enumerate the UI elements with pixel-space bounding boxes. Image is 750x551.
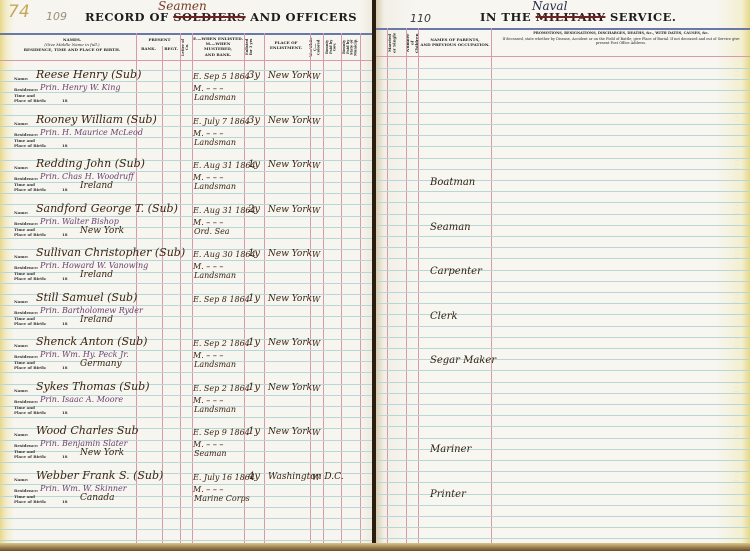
name-label: Name: [14, 478, 29, 482]
record-enlistment-place: New York [268, 249, 312, 259]
year-prefix-label: 18 [62, 233, 68, 237]
residence-label: Residence: [14, 311, 38, 315]
record-term: 2y [248, 204, 260, 215]
record-mustered: M. – – – [193, 84, 223, 93]
record-birthplace: Ireland [80, 270, 113, 280]
record-enlistment-place: New York [268, 427, 312, 437]
faint-margin-notation: ···· ····· [688, 115, 738, 128]
header-letter-co: Letter of Co. [182, 36, 190, 58]
record-enlisted-date: E. Sep 9 1864 [193, 428, 250, 437]
header-present: PRESENT RANK.REGT. [137, 37, 182, 51]
year-prefix-label: 18 [62, 500, 68, 504]
record-enlistment-place: New York [268, 294, 312, 304]
header-enlisted: E.—WHEN ENLISTED. M.—WHEN MUSTERED, AND … [192, 36, 244, 57]
record-row: Name:Sullivan Christopher (Sub)Residence… [0, 244, 374, 289]
birth-label: Place of Birth: [14, 233, 47, 237]
record-rank: Landsman [194, 182, 236, 191]
header-enlisted-for: Enlisted for 3 yrs [246, 36, 256, 58]
record-enlisted-date: E. Aug 31 1864 [193, 206, 256, 215]
record-enlisted-date: E. Aug 30 1864 [193, 250, 256, 259]
record-rank: Landsman [194, 138, 236, 147]
record-residence: Prin. Howard W. Vanowing [40, 261, 148, 270]
record-term: 1y [248, 248, 260, 259]
record-residence: Prin. Wm. Hy. Peck Jr. [40, 350, 129, 359]
record-row: Name:Reese Henry (Sub)Residence:Prin. He… [0, 66, 374, 111]
residence-label: Residence: [14, 400, 38, 404]
record-row: Name:Webber Frank S. (Sub)Residence:Prin… [0, 467, 374, 512]
record-birthplace: Canada [80, 493, 115, 503]
record-mustered: M. – – – [193, 351, 223, 360]
name-label: Name: [14, 300, 29, 304]
record-birthplace: New York [80, 226, 124, 236]
faint-margin-notation: ···· ····· [688, 204, 738, 217]
record-term: 1y [248, 426, 260, 437]
header-names: NAMES. (Give Middle Name in full.) RESID… [12, 37, 132, 53]
record-residence: Prin. H. Maurice McLeod [40, 128, 143, 137]
record-race: W [312, 473, 320, 482]
record-race: W [312, 339, 320, 348]
page-number-right: 110 [410, 12, 431, 25]
record-mustered: M. – – – [193, 485, 223, 494]
record-residence: Prin. Chas H. Woodruff [40, 172, 134, 181]
record-residence: Prin. Benjamin Slater [40, 439, 127, 448]
name-label: Name: [14, 211, 29, 215]
residence-label: Residence: [14, 355, 38, 359]
year-prefix-label: 18 [62, 411, 68, 415]
title-insert-naval: Naval [532, 0, 567, 13]
record-birthplace: Germany [80, 359, 122, 369]
record-name: Sandford George T. (Sub) [36, 202, 178, 215]
record-row: Name:Redding John (Sub)Residence:Prin. C… [0, 155, 374, 200]
record-enlisted-date: E. Sep 5 1864 [193, 72, 250, 81]
record-term: 1y [248, 293, 260, 304]
record-enlistment-place: New York [268, 71, 312, 81]
parent-occupation: Seaman [430, 222, 471, 233]
record-residence: Prin. Isaac A. Moore [40, 395, 123, 404]
record-race: W [312, 384, 320, 393]
birth-label: Place of Birth: [14, 366, 47, 370]
record-enlisted-date: E. Sep 8 1864 [193, 295, 250, 304]
record-enlisted-date: E. Sep 2 1864 [193, 384, 250, 393]
faint-margin-notation: ···· ····· [688, 426, 738, 439]
residence-label: Residence: [14, 444, 38, 448]
record-name: Redding John (Sub) [36, 157, 145, 170]
birth-label: Place of Birth: [14, 188, 47, 192]
residence-label: Residence: [14, 266, 38, 270]
record-mustered: M. – – – [193, 218, 223, 227]
faint-margin-notation: ···· ····· [688, 159, 738, 172]
record-term: 1y [248, 382, 260, 393]
record-mustered: M. – – – [193, 440, 223, 449]
faint-margin-notation: ···· ····· [688, 382, 738, 395]
record-enlisted-date: E. July 16 1864 [193, 473, 255, 482]
faint-margin-notation: ···· ····· [688, 293, 738, 306]
name-label: Name: [14, 122, 29, 126]
parent-occupation: Clerk [430, 311, 458, 322]
header-bounty-gov: Bounty Paid by Gov. [326, 36, 334, 58]
record-name: Shenck Anton (Sub) [36, 335, 147, 348]
record-name: Webber Frank S. (Sub) [36, 469, 163, 482]
parent-occupation: Boatman [430, 177, 475, 188]
record-residence: Prin. Wm. W. Skinner [40, 484, 127, 493]
residence-label: Residence: [14, 489, 38, 493]
record-rank: Ord. Sea [194, 227, 230, 236]
record-name: Wood Charles Sub [36, 424, 139, 437]
parent-occupation: Mariner [430, 444, 471, 455]
page-number-left: 109 [46, 10, 67, 23]
header-parents: NAMES OF PARENTS, AND PREVIOUS OCCUPATIO… [420, 37, 490, 47]
record-row: Name:Shenck Anton (Sub)Residence:Prin. W… [0, 333, 374, 378]
record-term: 1y [248, 159, 260, 170]
title-insert-seamen: Seamen [158, 0, 207, 13]
name-label: Name: [14, 344, 29, 348]
record-residence: Prin. Bartholomew Ryder [40, 306, 143, 315]
name-label: Name: [14, 77, 29, 81]
record-mustered: M. – – – [193, 173, 223, 182]
parent-occupation: Printer [430, 489, 466, 500]
record-enlistment-place: New York [268, 160, 312, 170]
birth-label: Place of Birth: [14, 455, 47, 459]
record-enlistment-place: New York [268, 383, 312, 393]
record-enlisted-date: E. July 7 1864 [193, 117, 250, 126]
record-birthplace: Ireland [80, 181, 113, 191]
name-label: Name: [14, 166, 29, 170]
left-page-title: RECORD OF SOLDIERS AND OFFICERS [85, 10, 357, 24]
record-enlistment-place: New York [268, 116, 312, 126]
record-residence: Prin. Walter Bishop [40, 217, 119, 226]
header-race: W.—White C.—Colored [310, 36, 318, 58]
record-race: W [312, 72, 320, 81]
record-name: Reese Henry (Sub) [36, 68, 141, 81]
year-prefix-label: 18 [62, 366, 68, 370]
year-prefix-label: 18 [62, 277, 68, 281]
record-row: Name:Sykes Thomas (Sub)Residence:Prin. I… [0, 378, 374, 423]
year-prefix-label: 18 [62, 188, 68, 192]
birth-label: Place of Birth: [14, 144, 47, 148]
year-prefix-label: 18 [62, 144, 68, 148]
record-race: W [312, 428, 320, 437]
record-rank: Landsman [194, 271, 236, 280]
record-mustered: M. – – – [193, 129, 223, 138]
record-enlistment-place: New York [268, 338, 312, 348]
record-name: Rooney William (Sub) [36, 113, 157, 126]
birth-label: Place of Birth: [14, 277, 47, 281]
header-married: Married or Single [388, 32, 398, 54]
record-residence: Prin. Henry W. King [40, 83, 120, 92]
book-bottom-edge [0, 543, 750, 551]
record-race: W [312, 117, 320, 126]
year-prefix-label: 18 [62, 455, 68, 459]
birth-label: Place of Birth: [14, 411, 47, 415]
record-term: 4y [248, 471, 260, 482]
record-rank: Seaman [194, 449, 227, 458]
faint-margin-notation: ···· ····· [688, 471, 738, 484]
record-race: W [312, 161, 320, 170]
record-name: Still Samuel (Sub) [36, 291, 137, 304]
residence-label: Residence: [14, 133, 38, 137]
residence-label: Residence: [14, 177, 38, 181]
record-race: W [312, 295, 320, 304]
name-label: Name: [14, 255, 29, 259]
record-enlisted-date: E. Aug 31 1864 [193, 161, 256, 170]
record-mustered: M. – – – [193, 262, 223, 271]
record-rank: Landsman [194, 93, 236, 102]
record-term: 3y [248, 115, 260, 126]
record-mustered: M. – – – [193, 396, 223, 405]
record-row: Name:Still Samuel (Sub)Residence:Prin. B… [0, 289, 374, 334]
name-label: Name: [14, 389, 29, 393]
record-name: Sykes Thomas (Sub) [36, 380, 150, 393]
birth-label: Place of Birth: [14, 500, 47, 504]
record-rank: Landsman [194, 405, 236, 414]
record-birthplace: New York [80, 448, 124, 458]
faint-margin-notation: ···· ····· [688, 70, 738, 83]
parent-occupation: Carpenter [430, 266, 482, 277]
record-rank: Landsman [194, 360, 236, 369]
record-term: 1y [248, 337, 260, 348]
birth-label: Place of Birth: [14, 99, 47, 103]
faint-margin-notation: ···· ····· [688, 337, 738, 350]
parent-occupation: Segar Maker [430, 355, 496, 366]
record-row: Name:Wood Charles SubResidence:Prin. Ben… [0, 422, 374, 467]
header-children: Number of Children [406, 32, 414, 54]
record-row: Name:Rooney William (Sub)Residence:Prin.… [0, 111, 374, 156]
year-prefix-label: 18 [62, 99, 68, 103]
record-row: Name:Sandford George T. (Sub)Residence:P… [0, 200, 374, 245]
birth-label: Place of Birth: [14, 322, 47, 326]
record-birthplace: Ireland [80, 315, 113, 325]
record-rank: Marine Corps [194, 494, 250, 503]
record-enlisted-date: E. Sep 2 1864 [193, 339, 250, 348]
header-promotions: PROMOTIONS, RESIGNATIONS, DISCHARGES, DE… [496, 31, 746, 46]
faint-margin-notation: ···· ····· [688, 248, 738, 261]
residence-label: Residence: [14, 88, 38, 92]
header-place: PLACE OF ENLISTMENT. [264, 40, 308, 50]
record-term: 3y [248, 70, 260, 81]
right-page-title: IN THE MILITARY SERVICE. [480, 10, 676, 24]
header-bounty-state: Bounty Paid by State or Municip. [343, 36, 353, 58]
record-enlistment-place: New York [268, 205, 312, 215]
name-label: Name: [14, 433, 29, 437]
right-page: 110 IN THE MILITARY SERVICE. Naval Marri… [376, 0, 750, 551]
page-number-pencil: 74 [8, 2, 30, 22]
record-race: W [312, 250, 320, 259]
record-name: Sullivan Christopher (Sub) [36, 246, 185, 259]
year-prefix-label: 18 [62, 322, 68, 326]
residence-label: Residence: [14, 222, 38, 226]
record-race: W [312, 206, 320, 215]
left-page: 74 109 RECORD OF SOLDIERS AND OFFICERS S… [0, 0, 374, 551]
record-enlistment-place: Washington D.C. [268, 472, 344, 482]
